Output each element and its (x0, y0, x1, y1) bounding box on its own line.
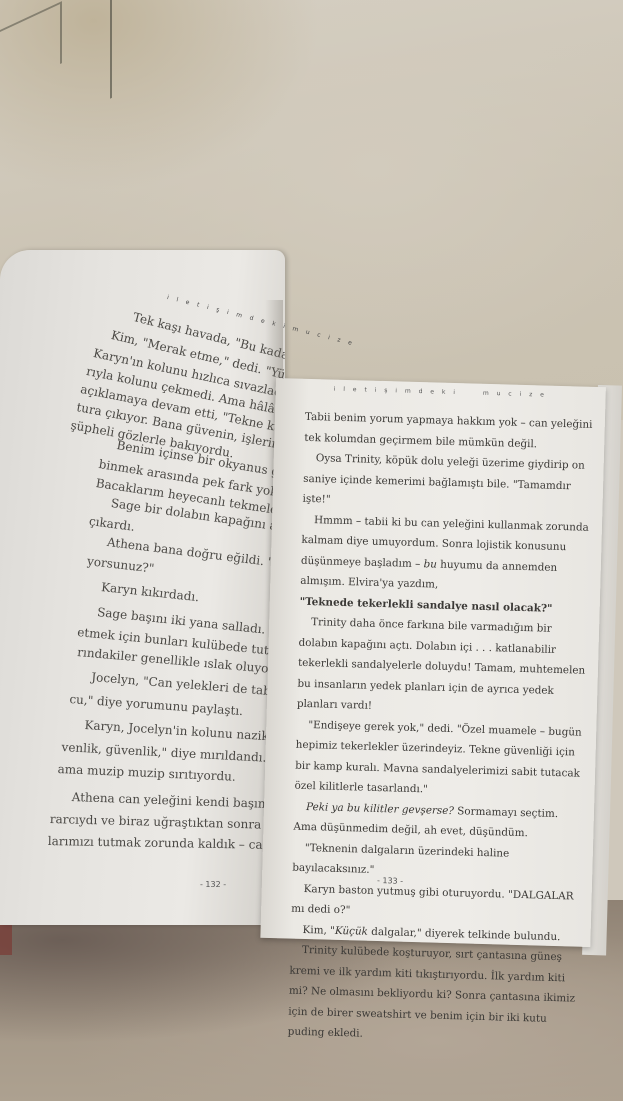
carpet-pattern (0, 0, 112, 150)
bold-message: "Teknede tekerlekli sandalye nasıl olaca… (300, 595, 553, 614)
running-header-left: i l e t i ş i m d e k i (334, 386, 458, 396)
italic-text: Peki ya bu kilitler gevşerse? (306, 801, 454, 817)
text-run: dalgalar," diyerek telkinde bulundu. (368, 925, 561, 942)
paragraph: Oysa Trinity, köpük dolu yeleği üzerime … (302, 448, 592, 518)
left-line: Karyn kıkırdadı. (101, 580, 200, 604)
left-line: rarcıydı ve biraz uğraştıktan sonra zafe… (50, 812, 285, 834)
running-header-right: m u c i z e (483, 390, 547, 399)
italic-text: Küçük (335, 924, 368, 937)
right-page-body: Tabii benim yorum yapmaya hakkım yok – c… (287, 407, 593, 1050)
paragraph: "Teknenin dalgaların üzerindeki haline b… (292, 837, 581, 886)
right-page-number: - 133 - (377, 876, 403, 886)
paragraph: Hmmm – tabii ki bu can yeleğini kullanma… (299, 509, 590, 620)
left-line: yorsunuz?" (86, 554, 155, 576)
italic-text: bu (423, 558, 437, 570)
paragraph: Trinity kulübede koşturuyor, sırt çantas… (287, 940, 578, 1051)
paragraph: Peki ya bu kilitler gevşerse? Sormamayı … (293, 796, 582, 845)
paragraph: "Endişeye gerek yok," dedi. "Özel muamel… (294, 714, 584, 804)
left-line: cu," diye yorumunu paylaştı. (69, 692, 243, 718)
left-line: çıkardı. (88, 514, 135, 534)
left-line: ama muzip muzip sırıtıyordu. (57, 762, 236, 784)
left-line: larımızı tutmak zorunda kaldık – can yel… (48, 834, 285, 853)
left-page-body: Tek kaşı havada, "Bu kadar mı?" diye sor… (0, 250, 285, 925)
red-object-edge (0, 925, 12, 955)
paragraph: Karyn baston yutmuş gibi oturuyordu. "DA… (291, 878, 580, 927)
right-running-header: i l e t i ş i m d e k i m u c i z e (334, 386, 567, 400)
right-page: i l e t i ş i m d e k i m u c i z e Tabi… (260, 378, 606, 947)
paragraph: Trinity daha önce farkına bile varmadığı… (297, 612, 588, 723)
left-line: Athena can yeleğini kendi başına giymekt… (72, 790, 285, 813)
left-page: i l e t i ş i m d e k i m u c i z e Tek … (0, 250, 285, 925)
text-run: Kim, " (302, 923, 335, 936)
left-page-number: - 132 - (200, 880, 226, 889)
